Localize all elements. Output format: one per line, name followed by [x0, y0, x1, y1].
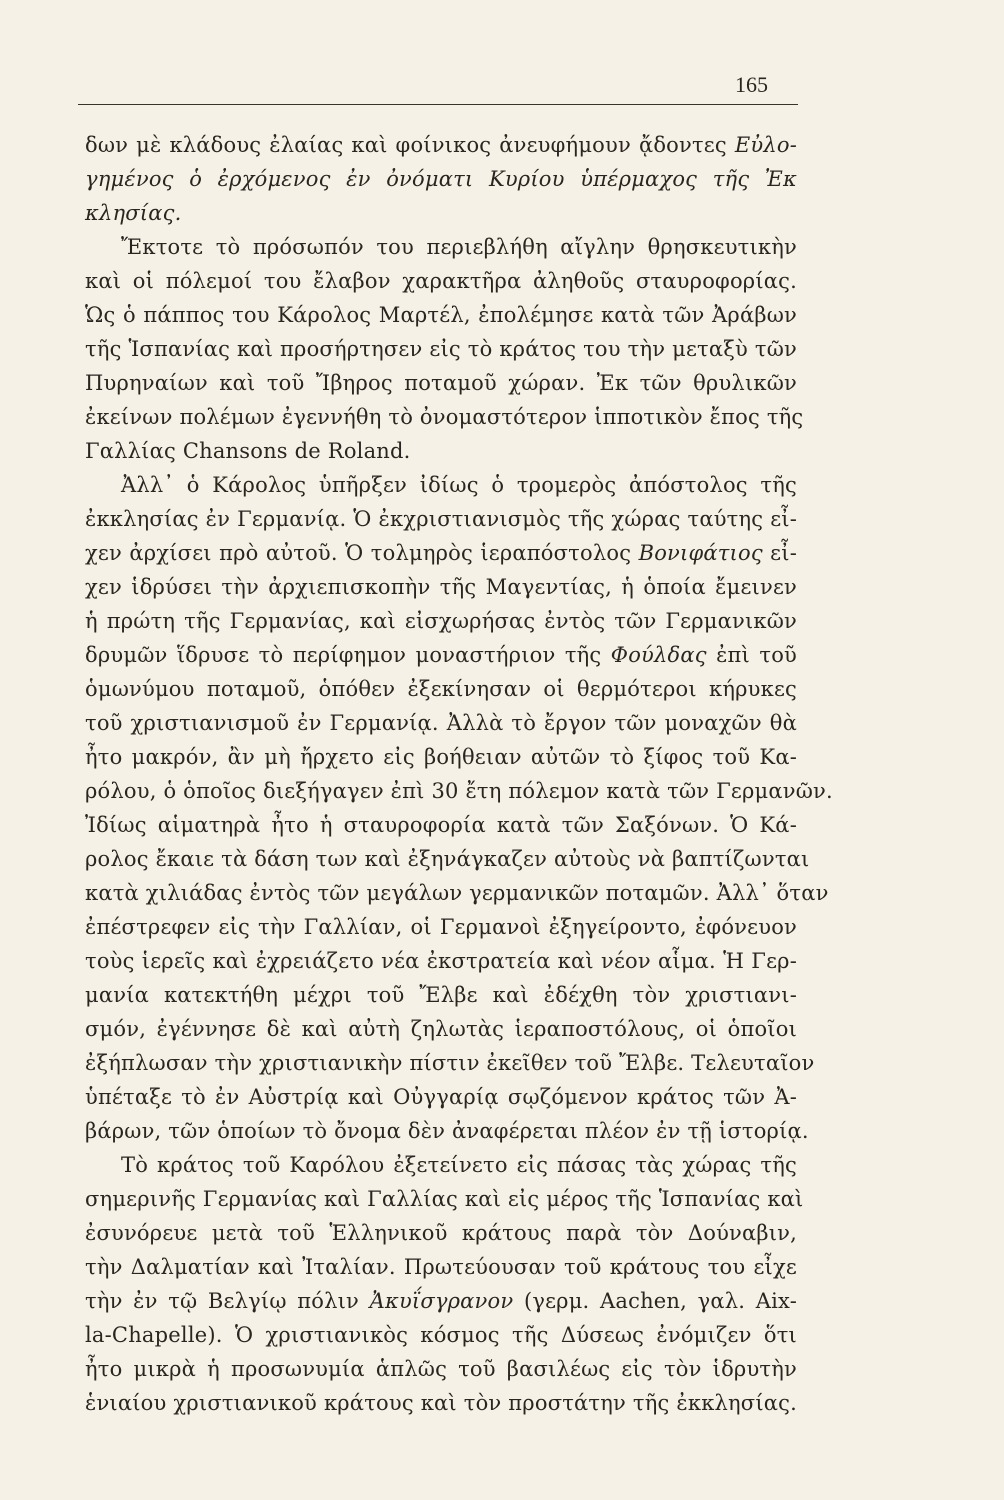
text-line: τοὺς ἱερεῖς καὶ ἐχρειάζετο νέα ἐκστρατεί…	[85, 944, 797, 978]
text-segment: ἑνιαίου χριστιανικοῦ κράτους καὶ τὸν προ…	[85, 1391, 797, 1415]
text-line: Ἔκτοτε τὸ πρόσωπόν του περιεβλήθη αἴγλην…	[85, 230, 797, 264]
text-segment: (γερμ. Aachen, γαλ. Aix-	[513, 1289, 797, 1313]
text-line: βάρων, τῶν ὁποίων τὸ ὄνομα δὲν ἀναφέρετα…	[85, 1114, 797, 1148]
text-segment: Γαλλίας Chansons de Roland.	[85, 439, 411, 463]
text-line: ρόλου, ὁ ὁποῖος διεξήγαγεν ἐπὶ 30 ἔτη πό…	[85, 774, 797, 808]
text-line: γημένος ὁ ἐρχόμενος ἐν ὀνόματι Κυρίου ὑπ…	[85, 162, 797, 196]
text-segment: ρολος ἔκαιε τὰ δάση των καὶ ἐξηνάγκαζεν …	[85, 847, 809, 871]
text-segment: τὴν Δαλματίαν καὶ Ἰταλίαν. Πρωτεύουσαν τ…	[85, 1255, 797, 1279]
text-segment: τοῦ χριστιανισμοῦ ἐν Γερμανίᾳ. Ἀλλὰ τὸ ἔ…	[85, 711, 797, 735]
text-segment: κατὰ χιλιάδας ἐντὸς τῶν μεγάλων γερμανικ…	[85, 881, 829, 905]
text-segment: Τὸ κράτος τοῦ Καρόλου ἐξετείνετο εἰς πάσ…	[121, 1153, 797, 1177]
text-segment: ὑπέταξε τὸ ἐν Αὐστρίᾳ καὶ Οὐγγαρίᾳ σῳζόμ…	[85, 1085, 797, 1109]
text-segment: la-Chapelle). Ὁ χριστιανικὸς κόσμος τῆς …	[85, 1323, 797, 1347]
text-segment: ἐπέστρεφεν εἰς τὴν Γαλλίαν, οἱ Γερμανοὶ …	[85, 915, 797, 939]
text-line: κατὰ χιλιάδας ἐντὸς τῶν μεγάλων γερμανικ…	[85, 876, 797, 910]
text-segment: σμόν, ἐγέννησε δὲ καὶ αὐτὴ ζηλωτὰς ἱεραπ…	[85, 1017, 797, 1041]
italic-text: Εὐλο-	[735, 133, 797, 157]
text-segment: τῆς Ἱσπανίας καὶ προσήρτησεν εἰς τὸ κράτ…	[85, 337, 797, 361]
italic-text: Ἀκυΐσγρανον	[370, 1289, 514, 1313]
text-line: Ἀλλ᾽ ὁ Κάρολος ὑπῆρξεν ἰδίως ὁ τρομερὸς …	[85, 468, 797, 502]
page-number: 165	[735, 72, 768, 98]
text-segment: ἐξήπλωσαν τὴν χριστιανικὴν πίστιν ἐκεῖθε…	[85, 1051, 814, 1075]
text-segment: ἦτο μικρὰ ἡ προσωνυμία ἁπλῶς τοῦ βασιλέω…	[85, 1357, 797, 1381]
text-line: ἐκκλησίας ἐν Γερμανίᾳ. Ὁ ἐκχριστιανισμὸς…	[85, 502, 797, 536]
text-line: κλησίας.	[85, 196, 797, 230]
text-line: ἐπέστρεφεν εἰς τὴν Γαλλίαν, οἱ Γερμανοὶ …	[85, 910, 797, 944]
body-text: δων μὲ κλάδους ἐλαίας καὶ φοίνικος ἀνευφ…	[85, 128, 797, 1420]
text-line: Ὡς ὁ πάππος του Κάρολος Μαρτέλ, ἐπολέμησ…	[85, 298, 797, 332]
text-segment: Ἰδίως αἱματηρὰ ἦτο ἡ σταυροφορία κατὰ τῶ…	[85, 813, 797, 837]
text-segment: ἐπὶ τοῦ	[707, 643, 797, 667]
italic-text: γημένος ὁ ἐρχόμενος ἐν ὀνόματι Κυρίου ὑπ…	[85, 167, 797, 191]
text-line: τὴν Δαλματίαν καὶ Ἰταλίαν. Πρωτεύουσαν τ…	[85, 1250, 797, 1284]
text-segment: Ἔκτοτε τὸ πρόσωπόν του περιεβλήθη αἴγλην…	[121, 235, 797, 259]
text-line: σμόν, ἐγέννησε δὲ καὶ αὐτὴ ζηλωτὰς ἱεραπ…	[85, 1012, 797, 1046]
text-line: la-Chapelle). Ὁ χριστιανικὸς κόσμος τῆς …	[85, 1318, 797, 1352]
text-line: ἦτο μικρὰ ἡ προσωνυμία ἁπλῶς τοῦ βασιλέω…	[85, 1352, 797, 1386]
text-segment: χεν ἀρχίσει πρὸ αὐτοῦ. Ὁ τολμηρὸς ἱεραπό…	[85, 541, 639, 565]
text-line: Γαλλίας Chansons de Roland.	[85, 434, 797, 468]
text-segment: ρόλου, ὁ ὁποῖος διεξήγαγεν ἐπὶ 30 ἔτη πό…	[85, 779, 833, 803]
text-line: τοῦ χριστιανισμοῦ ἐν Γερμανίᾳ. Ἀλλὰ τὸ ἔ…	[85, 706, 797, 740]
text-line: χεν ἱδρύσει τὴν ἀρχιεπισκοπὴν τῆς Μαγεντ…	[85, 570, 797, 604]
text-segment: σημερινῆς Γερμανίας καὶ Γαλλίας καὶ εἰς …	[85, 1187, 803, 1211]
text-segment: χεν ἱδρύσει τὴν ἀρχιεπισκοπὴν τῆς Μαγεντ…	[85, 575, 797, 599]
page-header: 165	[78, 70, 798, 105]
text-segment: τοὺς ἱερεῖς καὶ ἐχρειάζετο νέα ἐκστρατεί…	[85, 949, 797, 973]
text-segment: ἦτο μακρόν, ἂν μὴ ἤρχετο εἰς βοήθειαν αὐ…	[85, 745, 797, 769]
text-line: καὶ οἱ πόλεμοί του ἔλαβον χαρακτῆρα ἀληθ…	[85, 264, 797, 298]
text-line: ἑνιαίου χριστιανικοῦ κράτους καὶ τὸν προ…	[85, 1386, 797, 1420]
text-segment: ἡ πρώτη τῆς Γερμανίας, καὶ εἰσχωρήσας ἐν…	[85, 609, 797, 633]
text-line: ρολος ἔκαιε τὰ δάση των καὶ ἐξηνάγκαζεν …	[85, 842, 797, 876]
text-segment: βάρων, τῶν ὁποίων τὸ ὄνομα δὲν ἀναφέρετα…	[85, 1119, 809, 1143]
text-line: Τὸ κράτος τοῦ Καρόλου ἐξετείνετο εἰς πάσ…	[85, 1148, 797, 1182]
text-line: δων μὲ κλάδους ἐλαίας καὶ φοίνικος ἀνευφ…	[85, 128, 797, 162]
text-segment: Πυρηναίων καὶ τοῦ Ἴβηρος ποταμοῦ χώραν. …	[85, 371, 797, 395]
text-segment: καὶ οἱ πόλεμοί του ἔλαβον χαρακτῆρα ἀληθ…	[85, 269, 797, 293]
text-line: τὴν ἐν τῷ Βελγίῳ πόλιν Ἀκυΐσγρανον (γερμ…	[85, 1284, 797, 1318]
text-segment: μανία κατεκτήθη μέχρι τοῦ Ἔλβε καὶ ἐδέχθ…	[85, 983, 797, 1007]
text-segment: τὴν ἐν τῷ Βελγίῳ πόλιν	[85, 1289, 370, 1313]
text-line: σημερινῆς Γερμανίας καὶ Γαλλίας καὶ εἰς …	[85, 1182, 797, 1216]
text-line: ἐκείνων πολέμων ἐγεννήθη τὸ ὀνομαστότερο…	[85, 400, 797, 434]
italic-text: Φούλδας	[611, 643, 707, 667]
text-line: ἡ πρώτη τῆς Γερμανίας, καὶ εἰσχωρήσας ἐν…	[85, 604, 797, 638]
text-line: ὑπέταξε τὸ ἐν Αὐστρίᾳ καὶ Οὐγγαρίᾳ σῳζόμ…	[85, 1080, 797, 1114]
text-segment: ἐσυνόρευε μετὰ τοῦ Ἑλληνικοῦ κράτους παρ…	[85, 1221, 797, 1245]
italic-text: κλησίας.	[85, 201, 181, 225]
text-line: ἐσυνόρευε μετὰ τοῦ Ἑλληνικοῦ κράτους παρ…	[85, 1216, 797, 1250]
text-segment: Ὡς ὁ πάππος του Κάρολος Μαρτέλ, ἐπολέμησ…	[85, 303, 797, 327]
text-segment: ἐκκλησίας ἐν Γερμανίᾳ. Ὁ ἐκχριστιανισμὸς…	[85, 507, 797, 531]
text-line: Ἰδίως αἱματηρὰ ἦτο ἡ σταυροφορία κατὰ τῶ…	[85, 808, 797, 842]
text-line: ἦτο μακρόν, ἂν μὴ ἤρχετο εἰς βοήθειαν αὐ…	[85, 740, 797, 774]
text-segment: ἐκείνων πολέμων ἐγεννήθη τὸ ὀνομαστότερο…	[85, 405, 803, 429]
text-segment: δρυμῶν ἵδρυσε τὸ περίφημον μοναστήριον τ…	[85, 643, 611, 667]
text-line: ὁμωνύμου ποταμοῦ, ὁπόθεν ἐξεκίνησαν οἱ θ…	[85, 672, 797, 706]
text-segment: Ἀλλ᾽ ὁ Κάρολος ὑπῆρξεν ἰδίως ὁ τρομερὸς …	[121, 473, 797, 497]
text-segment: εἶ-	[763, 541, 797, 565]
text-line: ἐξήπλωσαν τὴν χριστιανικὴν πίστιν ἐκεῖθε…	[85, 1046, 797, 1080]
text-line: Πυρηναίων καὶ τοῦ Ἴβηρος ποταμοῦ χώραν. …	[85, 366, 797, 400]
text-segment: δων μὲ κλάδους ἐλαίας καὶ φοίνικος ἀνευφ…	[85, 133, 735, 157]
text-line: τῆς Ἱσπανίας καὶ προσήρτησεν εἰς τὸ κράτ…	[85, 332, 797, 366]
text-line: χεν ἀρχίσει πρὸ αὐτοῦ. Ὁ τολμηρὸς ἱεραπό…	[85, 536, 797, 570]
text-segment: ὁμωνύμου ποταμοῦ, ὁπόθεν ἐξεκίνησαν οἱ θ…	[85, 677, 797, 701]
text-line: μανία κατεκτήθη μέχρι τοῦ Ἔλβε καὶ ἐδέχθ…	[85, 978, 797, 1012]
italic-text: Βονιφάτιος	[639, 541, 763, 565]
text-line: δρυμῶν ἵδρυσε τὸ περίφημον μοναστήριον τ…	[85, 638, 797, 672]
